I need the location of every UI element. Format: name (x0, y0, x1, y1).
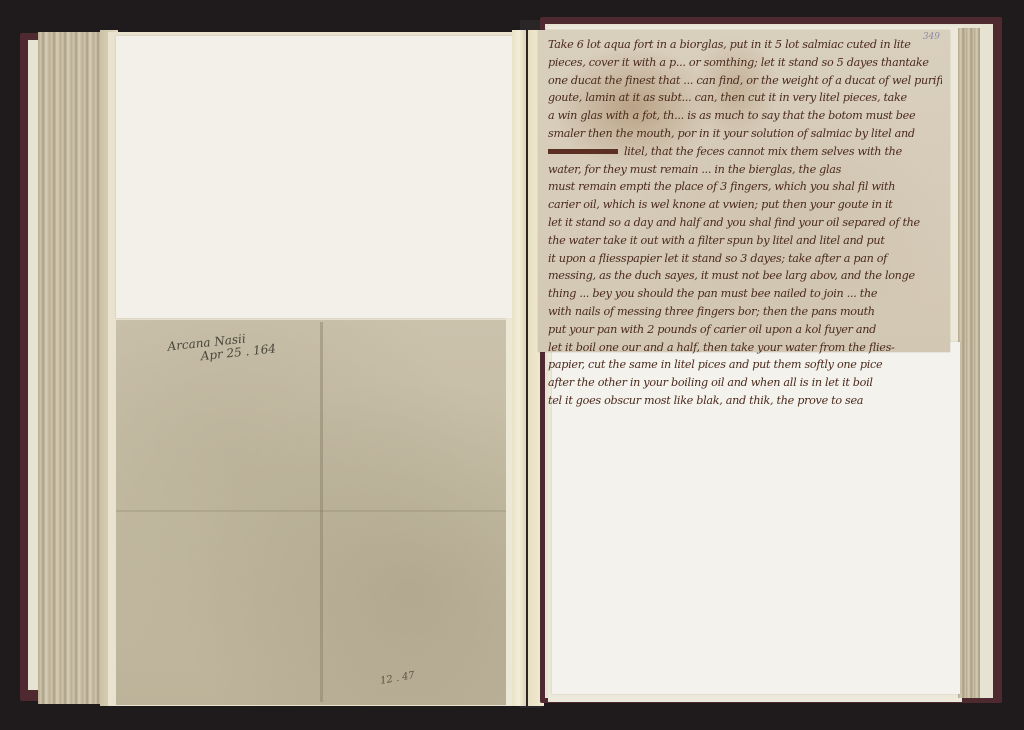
manuscript-line: the water take it out with a filter spun… (548, 232, 942, 250)
manuscript-line-text: litel, that the feces cannot mix them se… (624, 145, 902, 158)
manuscript-line: a win glas with a fot, th... is as much … (548, 107, 942, 125)
document-vertical-fold (320, 322, 323, 702)
manuscript-line: goute, lamin at it as subt... can, then … (548, 89, 942, 107)
spine-guard-strip-left (512, 30, 526, 706)
manuscript-line: let it stand so a day and half and you s… (548, 214, 942, 232)
manuscript-line: water, for they must remain ... in the b… (548, 161, 942, 179)
manuscript-line: papier, cut the same in litel pices and … (548, 356, 942, 374)
document-horizontal-fold (116, 510, 508, 512)
manuscript-line: put your pan with 2 pounds of carier oil… (548, 321, 942, 339)
manuscript-line: must remain empti the place of 3 fingers… (548, 178, 942, 196)
left-folded-document (116, 320, 508, 705)
manuscript-line: one ducat the finest that ... can find, … (548, 72, 942, 90)
manuscript-line: with nails of messing three fingers bor;… (548, 303, 942, 321)
manuscript-line: tel it goes obscur most like blak, and t… (548, 392, 942, 410)
right-page-edges (958, 28, 980, 698)
manuscript-line: smaler then the mouth, por in it your so… (548, 125, 942, 143)
manuscript-line: carier oil, which is wel knone at vwien;… (548, 196, 942, 214)
manuscript-line: let it boil one our and a half, then tak… (548, 339, 942, 357)
left-blank-guard-sheet (116, 36, 512, 318)
manuscript-line: Take 6 lot aqua fort in a biorglas, put … (548, 36, 942, 54)
manuscript-line: after the other in your boiling oil and … (548, 374, 942, 392)
folio-number: 349 (923, 32, 940, 42)
manuscript-line: thing ... bey you should the pan must be… (548, 285, 942, 303)
manuscript-line: it upon a fliesspapier let it stand so 3… (548, 250, 942, 268)
manuscript-line: messing, as the duch sayes, it must not … (548, 267, 942, 285)
handwritten-recipe-manuscript: 349 Take 6 lot aqua fort in a biorglas, … (538, 30, 950, 352)
manuscript-line: pieces, cover it with a p... or somthing… (548, 54, 942, 72)
manuscript-line-struck: litel, that the feces cannot mix them se… (548, 143, 942, 161)
